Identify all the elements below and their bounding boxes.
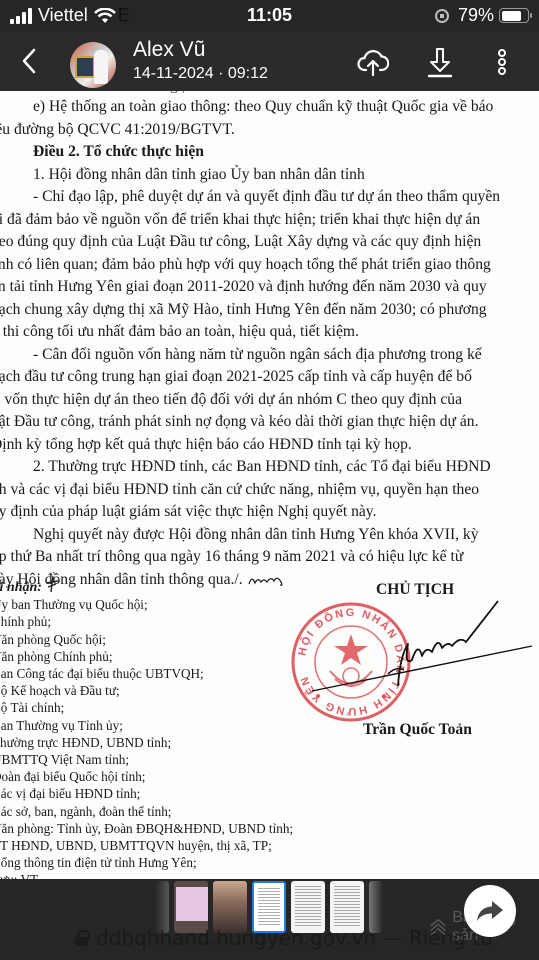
more-vertical-icon[interactable] (492, 46, 512, 78)
recipient-item: Văn phòng Chính phủ; (0, 648, 293, 665)
url-bar[interactable]: ddbqhhand.hungyen.gov.vn — Riêng tư (75, 926, 493, 950)
battery-percent: 79% (458, 5, 494, 26)
avatar-board (75, 56, 95, 78)
text-line: oạch chung xây dựng thị xã Mỹ Hào, tỉnh … (0, 299, 526, 322)
download-icon[interactable] (424, 46, 456, 78)
signature (300, 586, 539, 716)
text-line: ọp thứ Ba nhất trí thông qua ngày 16 thá… (0, 546, 526, 569)
text-line: heo đúng quy định của Luật Đầu tư công, … (0, 231, 526, 254)
text-line: - Chỉ đạo lập, phê duyệt dự án và quyết … (0, 186, 526, 209)
viewer-header: Alex Vũ 14-11-2024 · 09:12 (0, 32, 539, 91)
initial-mark-icon (45, 575, 59, 593)
text-line: uật Đầu tư công, tránh phát sinh nợ đọng… (0, 411, 526, 434)
signer-name: Trần Quốc Toản (363, 719, 472, 742)
text-line: Điều 2. Tổ chức thực hiện (0, 141, 526, 164)
status-bar: Viettel E 11:05 79% (0, 0, 539, 32)
article-heading: Điều 2. Tổ chức thực hiện (0, 141, 526, 164)
url-text: ddbqhhand.hungyen.gov.vn — Riêng tư (96, 926, 493, 950)
paragraph: 1. Hội đồng nhân dân tỉnh giao Ủy ban nh… (0, 164, 526, 187)
recipients-title-text: ơi nhận: (0, 580, 42, 595)
paragraph: - Cân đối nguồn vốn hàng năm từ nguồn ng… (0, 344, 526, 457)
text-line: n thi công tối ưu nhất đảm bảo an toàn, … (0, 321, 526, 344)
recipient-item: Lưu: VT. (0, 871, 293, 879)
paragraph: 2. Thường trực HĐND tỉnh, các Ban HĐND t… (0, 456, 526, 524)
text-line: oạch đầu tư công trung hạn giai đoạn 202… (0, 366, 526, 389)
recipient-item: Thường trực HĐND, UBND tỉnh; (0, 734, 293, 751)
recipient-item: TT HĐND, UBND, UBMTTQVN huyện, thị xã, T… (0, 837, 293, 854)
recipient-item: Ban Công tác đại biểu thuộc UBTVQH; (0, 665, 293, 682)
back-icon[interactable] (18, 46, 42, 76)
bottom-bar: Bất động sản ddbqhhand.hungyen.gov.vn — … (0, 879, 539, 960)
recipient-item: Văn phòng Quốc hội; (0, 631, 293, 648)
paragraph: e) Hệ thống an toàn giao thông: theo Quy… (0, 96, 526, 141)
document-page[interactable]: 3 / e) Hệ thống an toàn giao thông: theo… (0, 91, 539, 879)
text-line: Nghị quyết này được Hội đồng nhân dân tỉ… (0, 524, 526, 547)
screen: Viettel E 11:05 79% Alex Vũ 14-11-2024 (0, 0, 539, 960)
recipient-item: Bộ Tài chính; (0, 699, 293, 716)
text-line: ận tải tỉnh Hưng Yên giai đoạn 2011-2020… (0, 276, 526, 299)
paragraph: - Chỉ đạo lập, phê duyệt dự án và quyết … (0, 186, 526, 344)
avatar[interactable] (70, 42, 116, 88)
share-button[interactable] (464, 885, 516, 937)
text-line: uy định của pháp luật giám sát việc thực… (0, 501, 526, 524)
recipient-item: Cổng thông tin điện tử tỉnh Hưng Yên; (0, 854, 293, 871)
text-line: e) Hệ thống an toàn giao thông: theo Quy… (0, 96, 526, 119)
recipient-item: Các sở, ban, ngành, đoàn thể tỉnh; (0, 803, 293, 820)
recipient-item: Ủy ban Thường vụ Quốc hội; (0, 596, 293, 613)
battery-level (502, 11, 522, 21)
share-forward-icon (476, 899, 504, 923)
text-line: ành có liên quan; đảm bảo phù hợp với qu… (0, 254, 526, 277)
text-line: Định kỳ tổng hợp kết quả thực hiện báo c… (0, 434, 526, 457)
lock-icon (75, 930, 88, 946)
signer-title: CHỦ TỊCH (376, 579, 454, 602)
avatar-person (94, 50, 108, 84)
recipient-item: Đoàn đại biểu Quốc hội tỉnh; (0, 768, 293, 785)
recipients-block: ơi nhận: Ủy ban Thường vụ Quốc hội;Chính… (0, 575, 293, 879)
status-right: 79% (435, 5, 529, 26)
text-line: rí vốn thực hiện dự án theo tiến độ đối … (0, 389, 526, 412)
text-line: 2. Thường trực HĐND tỉnh, các Ban HĐND t… (0, 456, 526, 479)
text-line: hi đã đảm bảo về nguồn vốn để triển khai… (0, 209, 526, 232)
recipients-list: Ủy ban Thường vụ Quốc hội;Chính phủ;Văn … (0, 596, 293, 879)
battery-icon (499, 8, 529, 23)
recipient-item: Ban Thường vụ Tỉnh ủy; (0, 717, 293, 734)
text-line: 1. Hội đồng nhân dân tỉnh giao Ủy ban nh… (0, 164, 526, 187)
text-line: - Cân đối nguồn vốn hàng năm từ nguồn ng… (0, 344, 526, 367)
recipient-item: Các vị đại biểu HĐND tỉnh; (0, 785, 293, 802)
upload-cloud-icon[interactable] (357, 46, 389, 78)
text-line: nh và các vị đại biểu HĐND tỉnh căn cứ c… (0, 479, 526, 502)
text-line: iệu đường bộ QCVC 41:2019/BGTVT. (0, 119, 526, 142)
sender-name: Alex Vũ (133, 38, 205, 62)
recipient-item: UBMTTQ Việt Nam tỉnh; (0, 751, 293, 768)
document-body: e) Hệ thống an toàn giao thông: theo Quy… (0, 96, 526, 591)
orientation-lock-icon (435, 9, 449, 23)
recipient-item: Văn phòng: Tỉnh ủy, Đoàn ĐBQH&HĐND, UBND… (0, 820, 293, 837)
recipient-item: Bộ Kế hoạch và Đầu tư; (0, 682, 293, 699)
sent-timestamp: 14-11-2024 · 09:12 (133, 65, 268, 83)
recipient-item: Chính phủ; (0, 613, 293, 630)
recipients-title: ơi nhận: (0, 575, 293, 596)
